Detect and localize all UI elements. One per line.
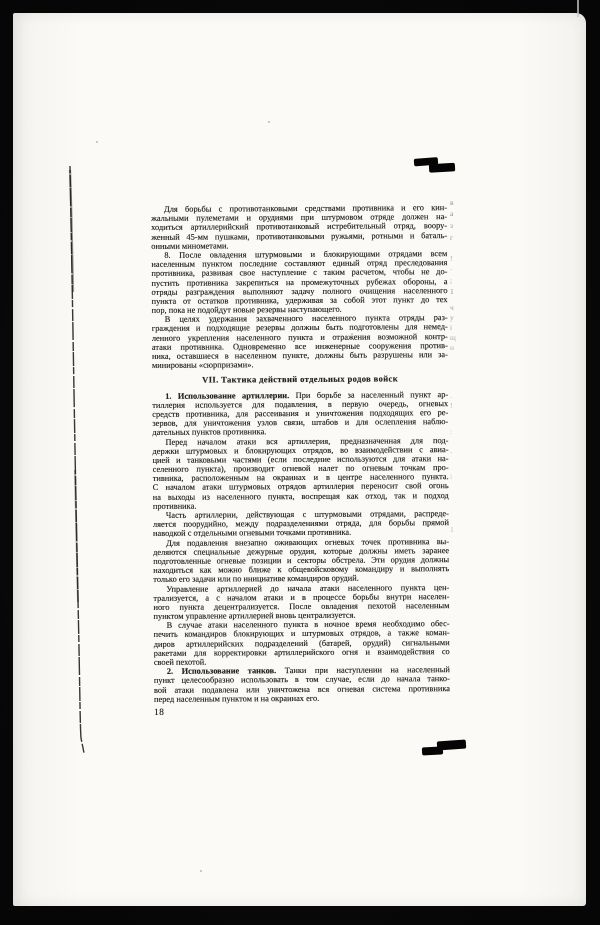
- paragraph: В случае атаки населенного пункта в ночн…: [154, 619, 450, 667]
- paragraph: В целях удержания захваченного населенно…: [152, 313, 448, 370]
- dust-speck: [200, 870, 202, 872]
- adjacent-page-edge: [577, 0, 579, 17]
- text-block: Для борьбы с противотанковыми средствами…: [151, 203, 450, 718]
- text-line: ракетами для корректировки артиллерийско…: [154, 647, 450, 658]
- text-line: минированы «сюрпризами».: [152, 359, 448, 370]
- paragraph: Для борьбы с противотанковыми средствами…: [151, 203, 447, 251]
- dust-speck: [96, 141, 98, 143]
- paragraph: 8. После овладения штурмовыми и блокирую…: [151, 249, 447, 315]
- text-line: на выходы из населенного пункта, воспрещ…: [153, 491, 449, 502]
- paragraph: Часть артиллерии, действующая с штурмовы…: [153, 509, 449, 538]
- page-number: 18: [154, 707, 450, 718]
- paragraph: Управление артиллерией до начала атаки н…: [153, 583, 449, 622]
- text-line: женный 45-мм пушками, противотанковыми р…: [151, 231, 447, 242]
- dust-speck: [268, 121, 270, 123]
- scanned-page: Для борьбы с противотанковыми средствами…: [13, 13, 586, 906]
- dust-speck: [420, 641, 422, 643]
- text-line: зервов, для уничтожения узлов связи, шта…: [152, 417, 448, 428]
- section-heading: VII. Тактика действий отдельных родов во…: [152, 374, 448, 385]
- text-line: перед населенным пунктом и на окраинах е…: [154, 693, 450, 704]
- paragraph: 2. Использование танков. Танки при насту…: [154, 665, 450, 704]
- paragraph: Перед началом атаки вся артиллерия, пред…: [152, 436, 448, 511]
- paragraph: 1. Использование артиллерии. При борьбе …: [152, 390, 448, 438]
- paragraph: Для подавления внезапно оживающих огневы…: [153, 537, 449, 585]
- dust-speck: [351, 333, 353, 335]
- text-line: ника, оставшиеся в населенном пункте, до…: [152, 350, 448, 361]
